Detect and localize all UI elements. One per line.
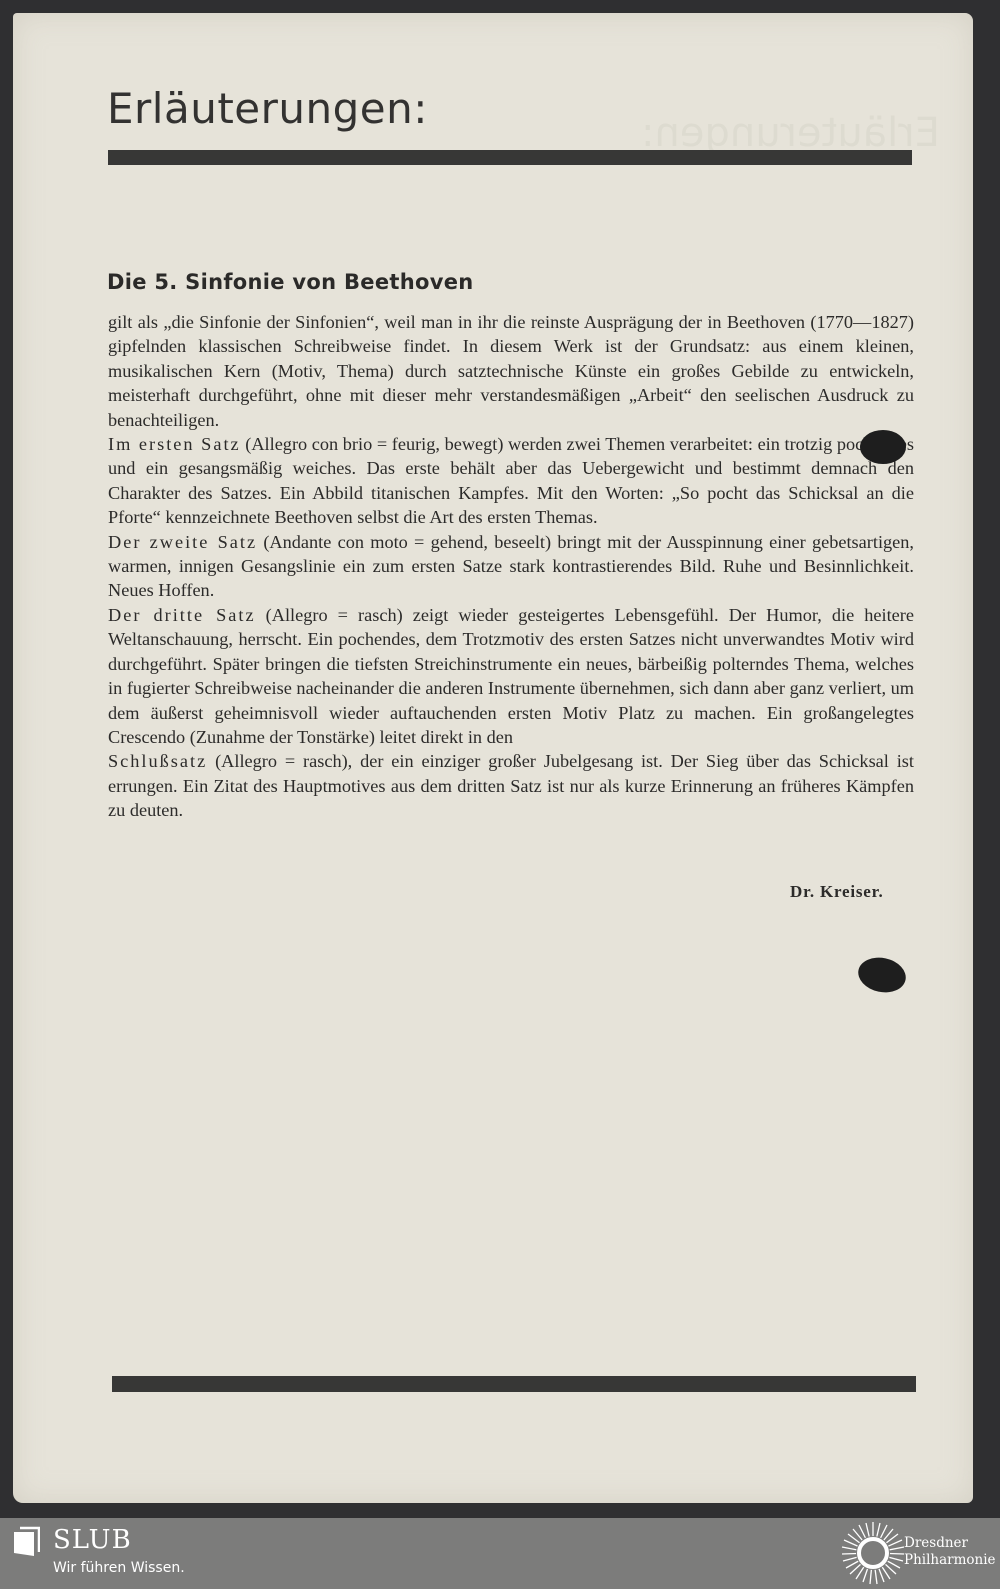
section-heading: Die 5. Sinfonie von Beethoven (107, 270, 474, 294)
bottom-divider-rule (112, 1376, 916, 1392)
phil-name-line1: Dresdner (904, 1535, 996, 1552)
slub-name: SLUB (53, 1525, 132, 1555)
paragraph-text: gilt als „die Sinfonie der Sinfonien“, w… (108, 312, 914, 430)
page-title: Erläuterungen: (107, 84, 428, 133)
footer-bar: SLUB Wir führen Wissen. Dresdner Philhar… (0, 1518, 1000, 1589)
top-divider-rule (108, 150, 912, 165)
phil-name-line2: Philharmonie (904, 1552, 996, 1569)
paragraph-first-movement: Im ersten Satz (Allegro con brio = feuri… (108, 432, 914, 530)
sunburst-icon (840, 1520, 906, 1586)
slub-tagline: Wir führen Wissen. (53, 1560, 185, 1576)
paragraph-finale: Schlußsatz (Allegro = rasch), der ein ei… (108, 749, 914, 822)
paragraph-intro: gilt als „die Sinfonie der Sinfonien“, w… (108, 310, 914, 432)
book-icon (14, 1526, 40, 1556)
punch-hole (860, 430, 906, 464)
paragraph-text: (Allegro = rasch) zeigt wieder gesteiger… (108, 605, 914, 747)
paragraph-second-movement: Der zweite Satz (Andante con moto = gehe… (108, 530, 914, 603)
dresdner-philharmonie-name: Dresdner Philharmonie (904, 1535, 996, 1569)
author-signature: Dr. Kreiser. (790, 882, 884, 902)
paragraph-text: (Allegro = rasch), der ein einziger groß… (108, 751, 914, 820)
movement-lead: Der dritte Satz (108, 605, 256, 625)
paragraph-third-movement: Der dritte Satz (Allegro = rasch) zeigt … (108, 603, 914, 749)
body-text: gilt als „die Sinfonie der Sinfonien“, w… (108, 310, 914, 823)
movement-lead: Schlußsatz (108, 751, 207, 771)
movement-lead: Der zweite Satz (108, 532, 257, 552)
bleed-through-text: Erläuterungen: (560, 110, 940, 150)
movement-lead: Im ersten Satz (108, 434, 241, 454)
